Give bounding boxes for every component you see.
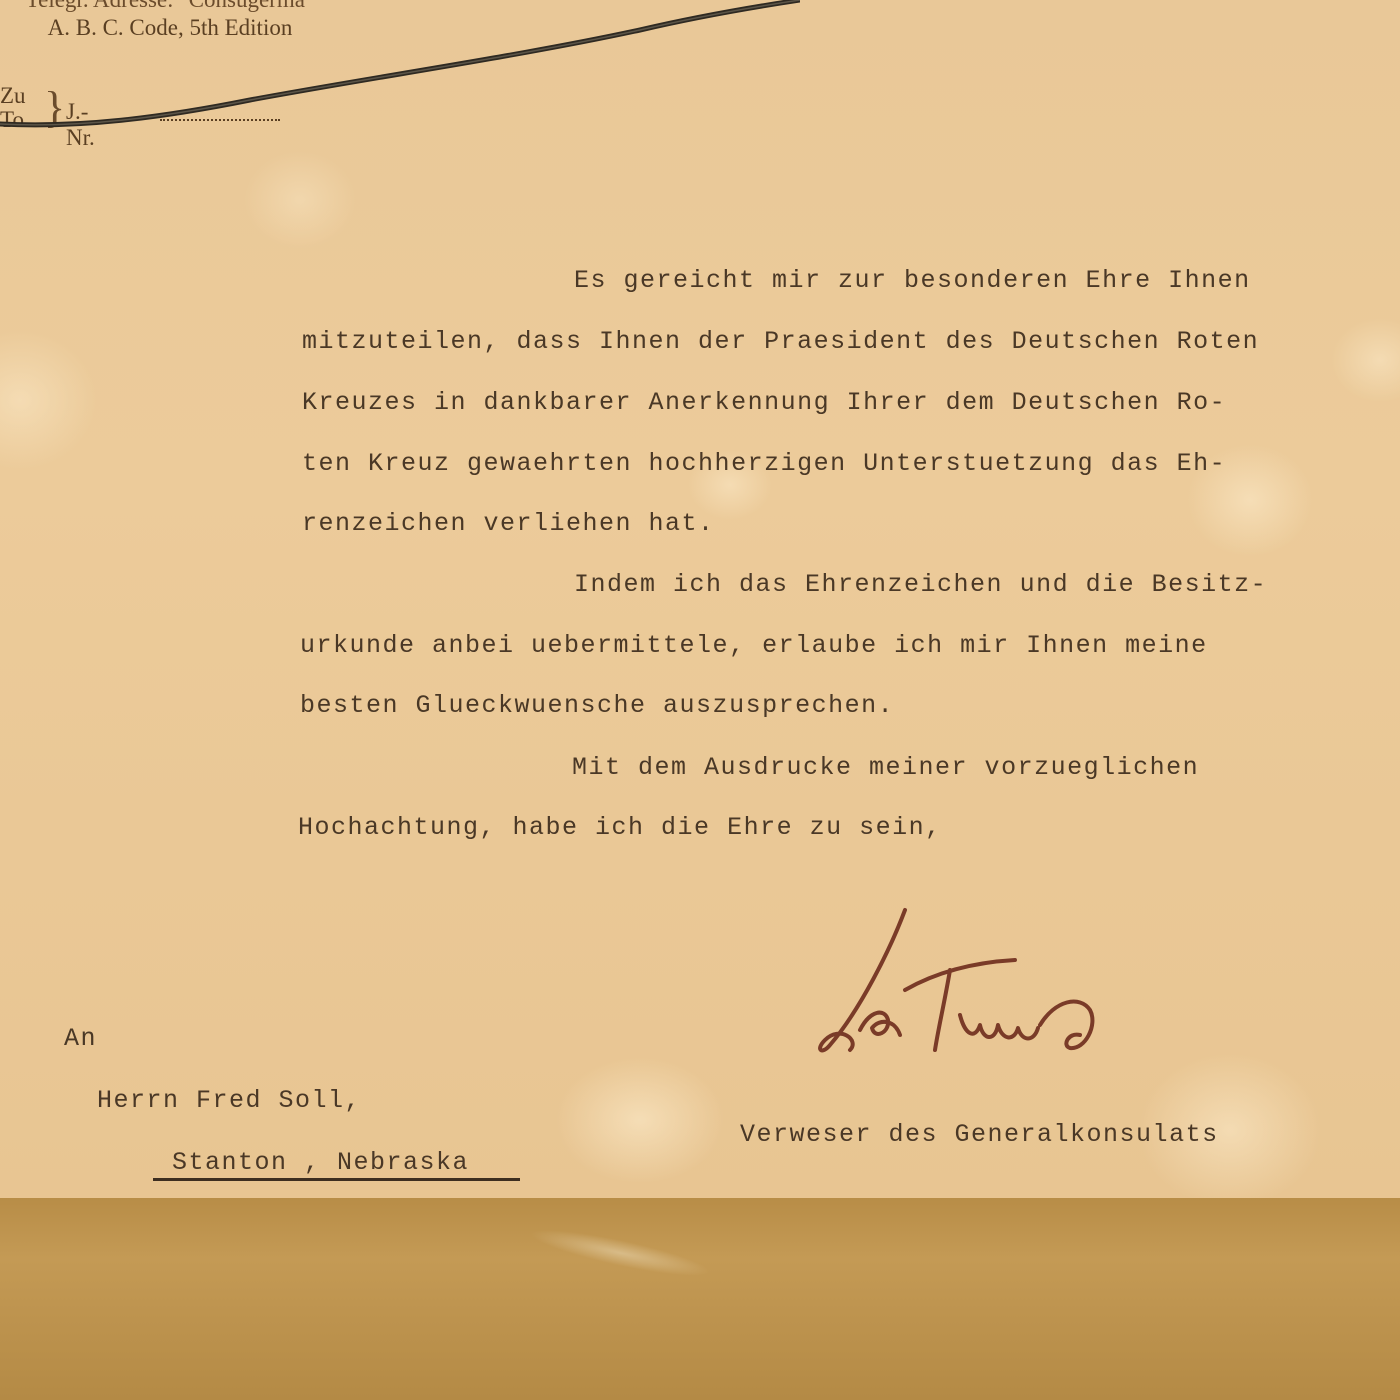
letterhead-code-line: A. B. C. Code, 5th Edition	[0, 14, 340, 42]
address-place: Stanton , Nebraska	[172, 1148, 469, 1178]
body-line-10: Hochachtung, habe ich die Ehre zu sein,	[298, 813, 942, 843]
body-line-9: Mit dem Ausdrucke meiner vorzueglichen	[572, 753, 1199, 783]
body-line-6: Indem ich das Ehrenzeichen und die Besit…	[574, 570, 1267, 600]
ref-label-to: To	[0, 108, 24, 132]
ref-brace: }	[44, 86, 65, 130]
letterhead-telegraph-line: Telegr. Adresse: "Consugerma"	[0, 0, 340, 14]
body-line-7: urkunde anbei uebermittele, erlaube ich …	[300, 631, 1208, 661]
body-line-2: mitzuteilen, dass Ihnen der Praesident d…	[302, 327, 1259, 357]
ref-dotted-line	[160, 119, 280, 121]
body-line-3: Kreuzes in dankbarer Anerkennung Ihrer d…	[302, 388, 1226, 418]
body-line-4: ten Kreuz gewaehrten hochherzigen Unters…	[302, 449, 1226, 479]
address-recipient-name: Herrn Fred Soll,	[97, 1086, 361, 1116]
body-line-8: besten Glueckwuensche auszusprechen.	[300, 691, 894, 721]
address-place-underline	[153, 1178, 520, 1181]
ref-label-zu: Zu	[0, 84, 26, 108]
handwritten-signature	[800, 900, 1120, 1070]
letterhead: Telegr. Adresse: "Consugerma" A. B. C. C…	[0, 0, 340, 42]
address-an: An	[64, 1024, 97, 1054]
signature-title: Verweser des Generalkonsulats	[740, 1120, 1219, 1150]
letter-paper	[0, 0, 1400, 1205]
ref-label-jnr: J.-Nr.	[66, 99, 95, 151]
body-line-5: renzeichen verliehen hat.	[302, 509, 715, 539]
body-line-1: Es gereicht mir zur besonderen Ehre Ihne…	[574, 266, 1251, 296]
